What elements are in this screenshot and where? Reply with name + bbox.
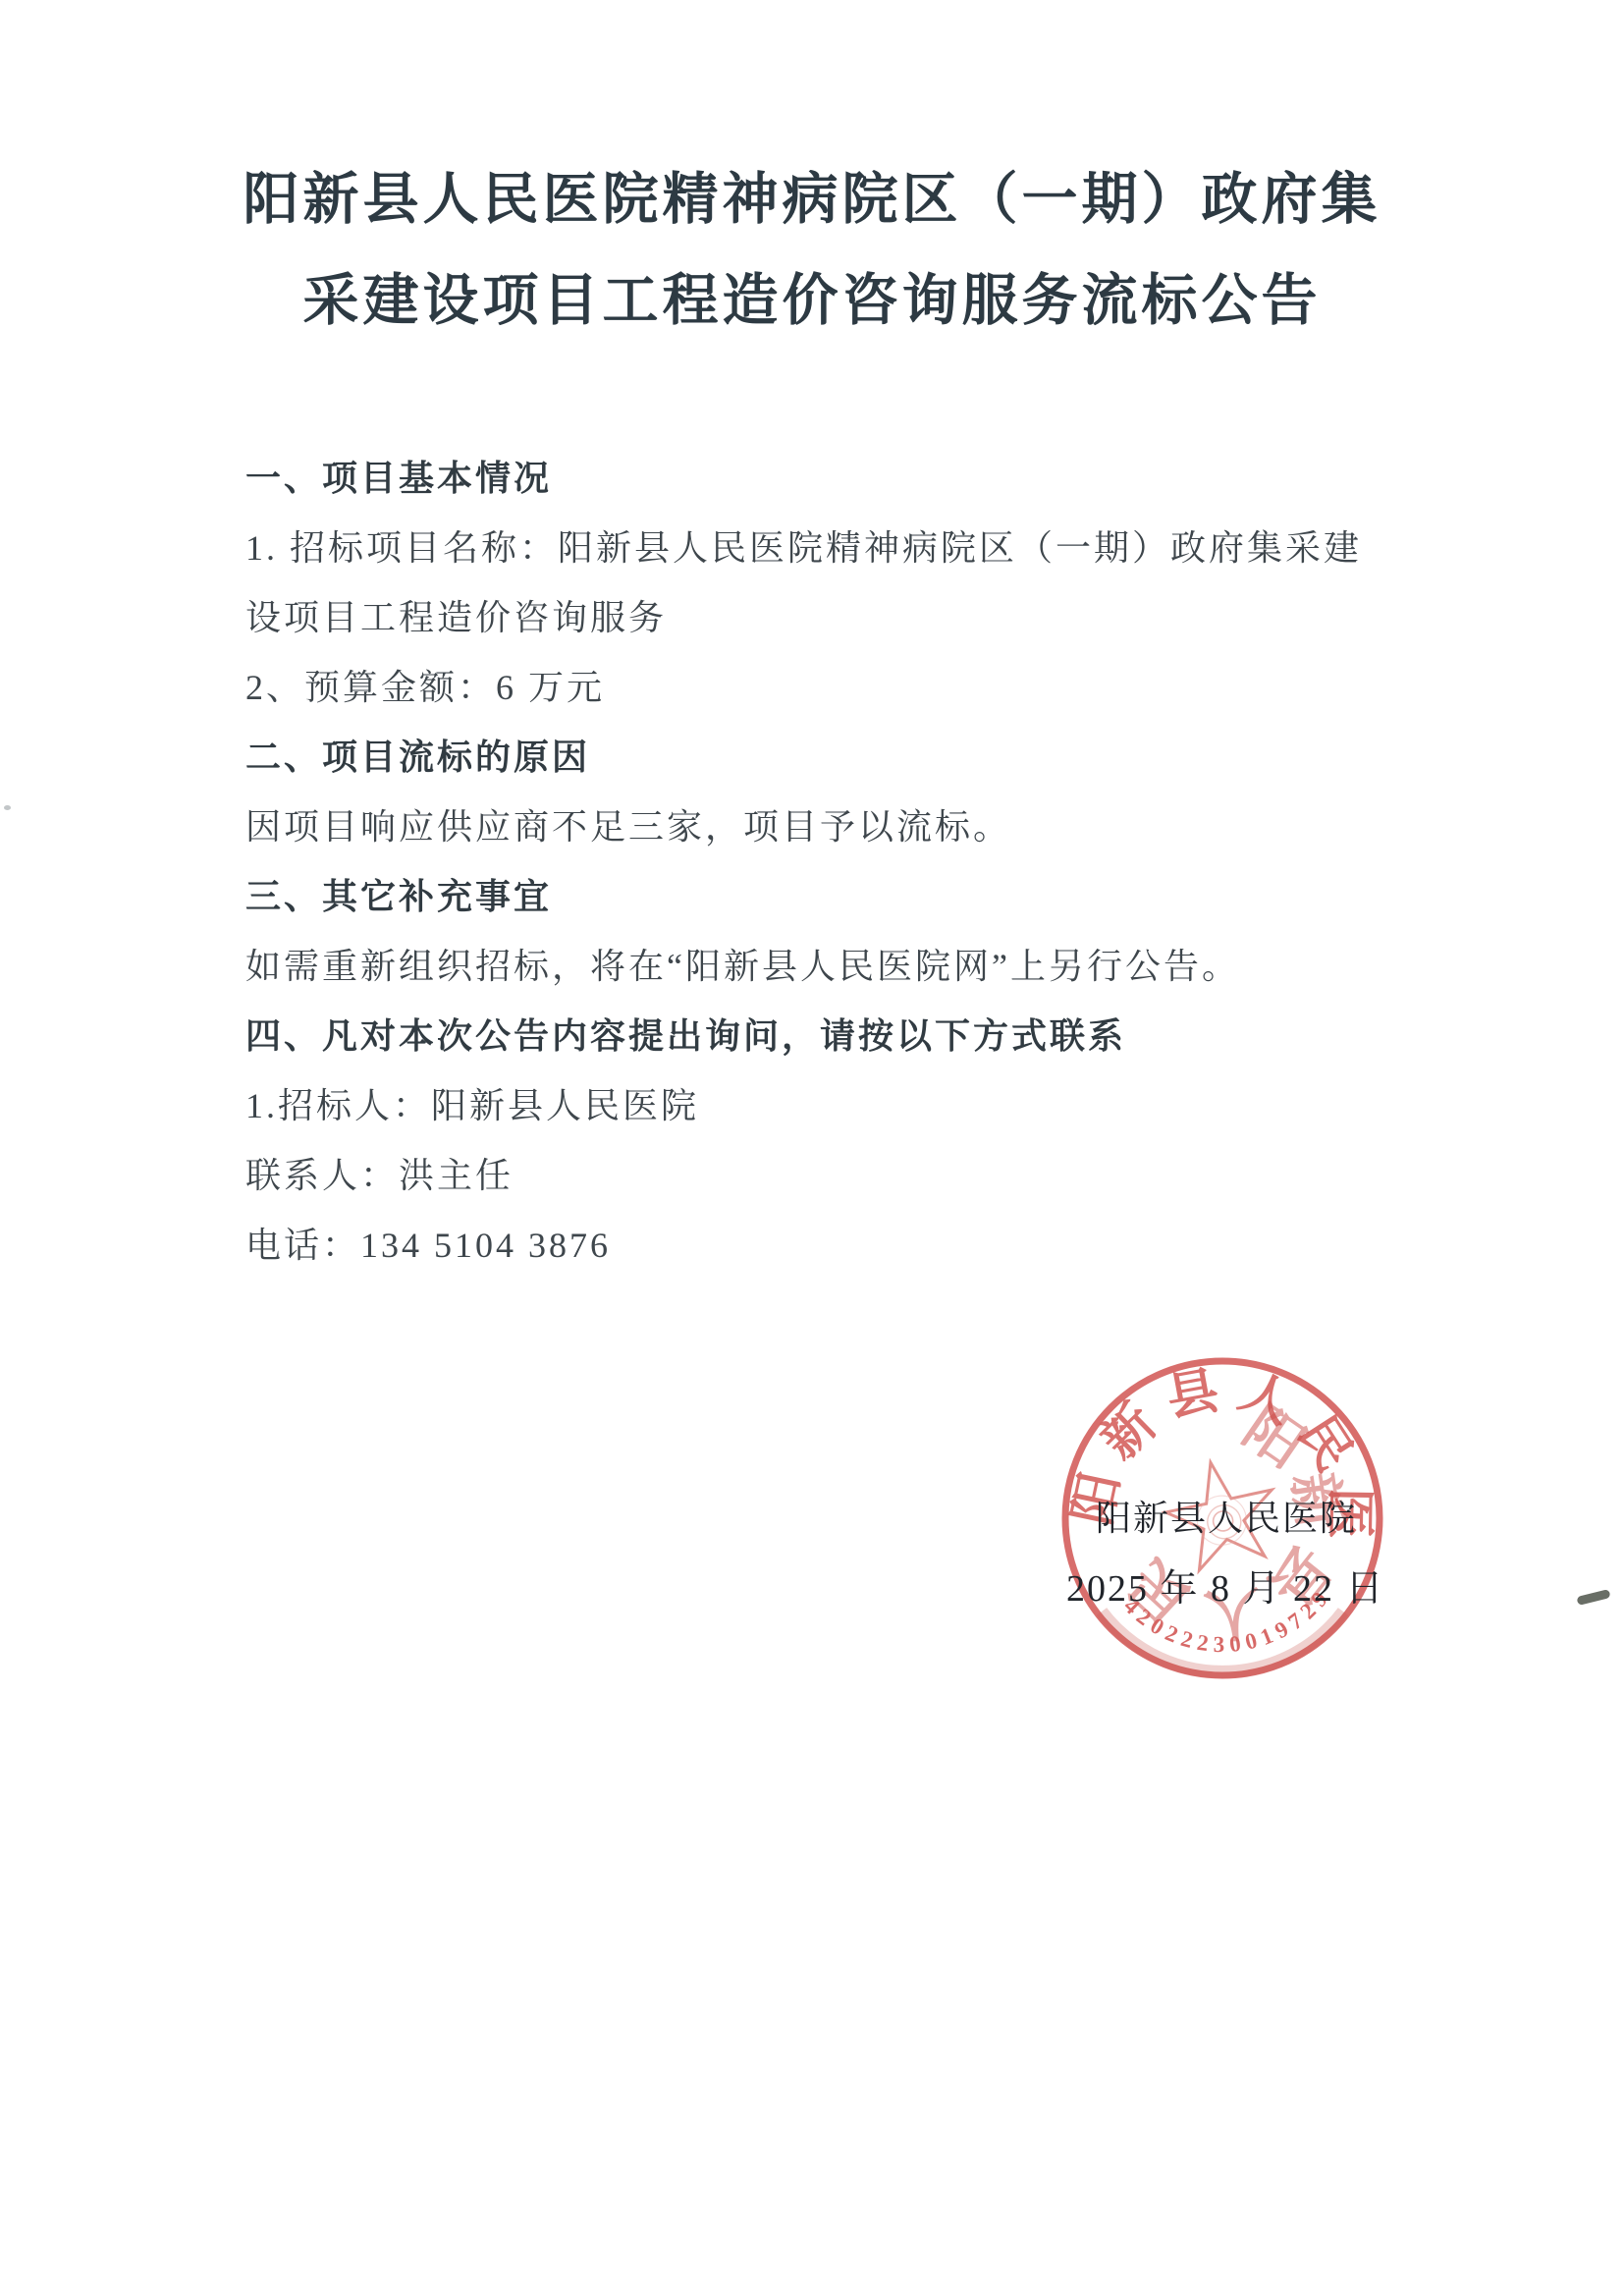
project-name-line-2: 设项目工程造价咨询服务 xyxy=(245,583,1399,653)
failure-reason-line: 因项目响应供应商不足三家，项目予以流标。 xyxy=(245,793,1399,862)
document-body: 一、项目基本情况 1. 招标项目名称：阳新县人民医院精神病院区（一期）政府集采建… xyxy=(245,444,1399,1281)
phone-line: 电话：134 5104 3876 xyxy=(245,1211,1399,1281)
budget-line: 2、预算金额：6 万元 xyxy=(245,653,1399,723)
tenderer-line: 1.招标人：阳新县人民医院 xyxy=(245,1071,1399,1141)
scan-smudge-artifact xyxy=(1576,1589,1610,1606)
seal-ring-bottom-blot xyxy=(1102,1612,1343,1671)
document-page: 阳新县人民医院精神病院区（一期）政府集 采建设项目工程造价咨询服务流标公告 一、… xyxy=(0,0,1624,2296)
signature-org: 阳新县人民医院 xyxy=(1096,1491,1357,1541)
supplement-line: 如需重新组织招标，将在“阳新县人民医院网”上另行公告。 xyxy=(245,932,1399,1002)
title-line-1: 阳新县人民医院精神病院区（一期）政府集 xyxy=(0,149,1624,250)
page-title: 阳新县人民医院精神病院区（一期）政府集 采建设项目工程造价咨询服务流标公告 xyxy=(0,149,1624,352)
contact-person-line: 联系人：洪主任 xyxy=(245,1141,1399,1211)
section-2-heading: 二、项目流标的原因 xyxy=(245,723,1399,793)
scan-dot-artifact xyxy=(4,805,11,810)
title-line-2: 采建设项目工程造价咨询服务流标公告 xyxy=(0,250,1624,352)
section-4-heading: 四、凡对本次公告内容提出询问，请按以下方式联系 xyxy=(245,1002,1399,1071)
section-1-heading: 一、项目基本情况 xyxy=(245,444,1399,514)
section-3-heading: 三、其它补充事宜 xyxy=(245,862,1399,932)
project-name-line-1: 1. 招标项目名称：阳新县人民医院精神病院区（一期）政府集采建 xyxy=(245,514,1399,583)
signature-date: 2025 年 8 月 22 日 xyxy=(1066,1558,1385,1612)
